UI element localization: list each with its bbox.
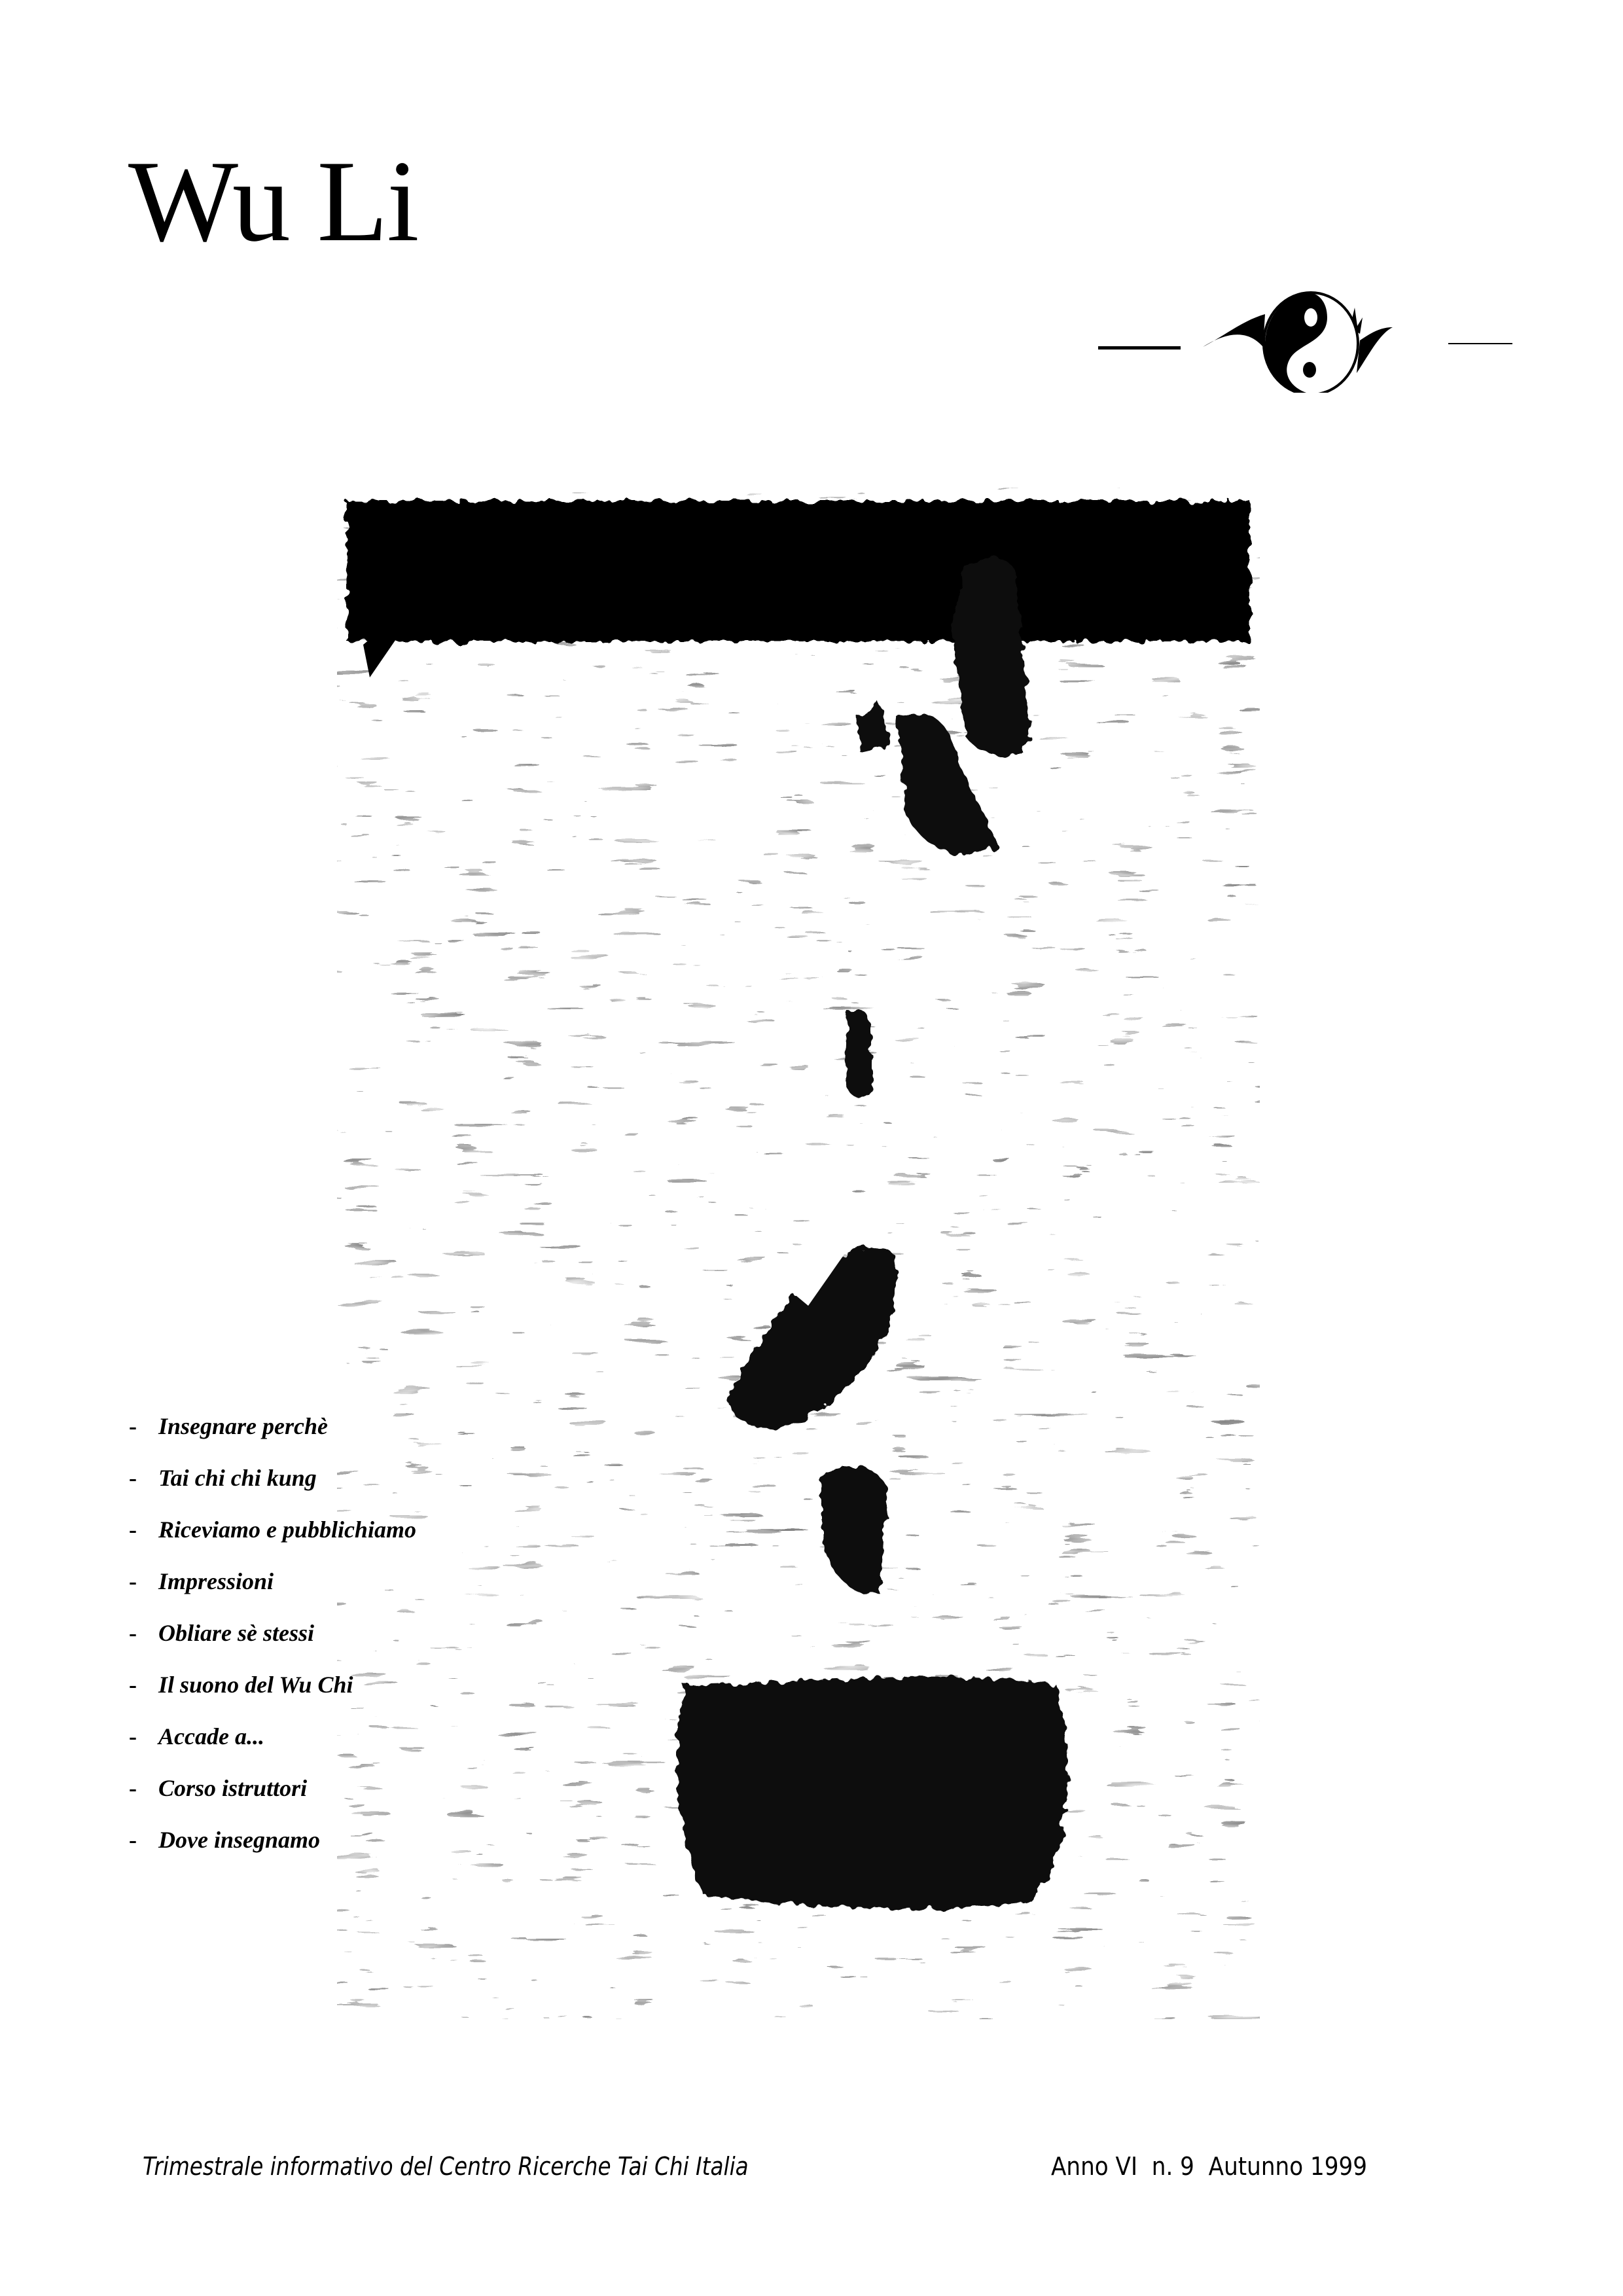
publisher-line: Trimestrale informativo del Centro Ricer…	[143, 2152, 749, 2181]
list-item: -Corso istruttori	[129, 1763, 416, 1814]
magazine-title: Wu Li	[128, 143, 418, 259]
list-item: -Obliare sè stessi	[129, 1607, 416, 1659]
list-item: -Impressioni	[129, 1556, 416, 1607]
bullet-dash: -	[129, 1814, 158, 1866]
contents-item-label: Insegnare perchè	[158, 1413, 328, 1439]
bullet-dash: -	[129, 1556, 158, 1607]
contents-item-label: Corso istruttori	[158, 1775, 307, 1801]
contents-item-label: Il suono del Wu Chi	[158, 1672, 353, 1698]
list-item: -Dove insegnamo	[129, 1814, 416, 1866]
list-item: -Accade a...	[129, 1711, 416, 1763]
contents-item-label: Obliare sè stessi	[158, 1620, 314, 1646]
bullet-dash: -	[129, 1401, 158, 1452]
contents-item-label: Riceviamo e pubblichiamo	[158, 1516, 416, 1543]
contents-item-label: Impressioni	[158, 1568, 274, 1594]
contents-item-label: Accade a...	[158, 1723, 264, 1749]
contents-item-label: Dove insegnamo	[158, 1827, 320, 1853]
issue-info: Anno VI n. 9 Autunno 1999	[1051, 2152, 1367, 2181]
list-item: -Tai chi chi kung	[129, 1452, 416, 1504]
list-item: -Insegnare perchè	[129, 1401, 416, 1452]
bullet-dash: -	[129, 1711, 158, 1763]
bullet-dash: -	[129, 1452, 158, 1504]
bullet-dash: -	[129, 1504, 158, 1556]
yin-yang-fish-icon	[1203, 281, 1419, 393]
bullet-dash: -	[129, 1659, 158, 1711]
logo-rule-right	[1448, 343, 1512, 344]
list-item: -Il suono del Wu Chi	[129, 1659, 416, 1711]
contents-item-label: Tai chi chi kung	[158, 1465, 317, 1491]
logo-rule-left	[1098, 346, 1181, 350]
list-item: -Riceviamo e pubblichiamo	[129, 1504, 416, 1556]
contents-list: -Insegnare perchè -Tai chi chi kung -Ric…	[129, 1401, 416, 1866]
bullet-dash: -	[129, 1763, 158, 1814]
masthead-logo	[1098, 265, 1524, 370]
zen-garden-photo	[337, 488, 1260, 2019]
bullet-dash: -	[129, 1607, 158, 1659]
